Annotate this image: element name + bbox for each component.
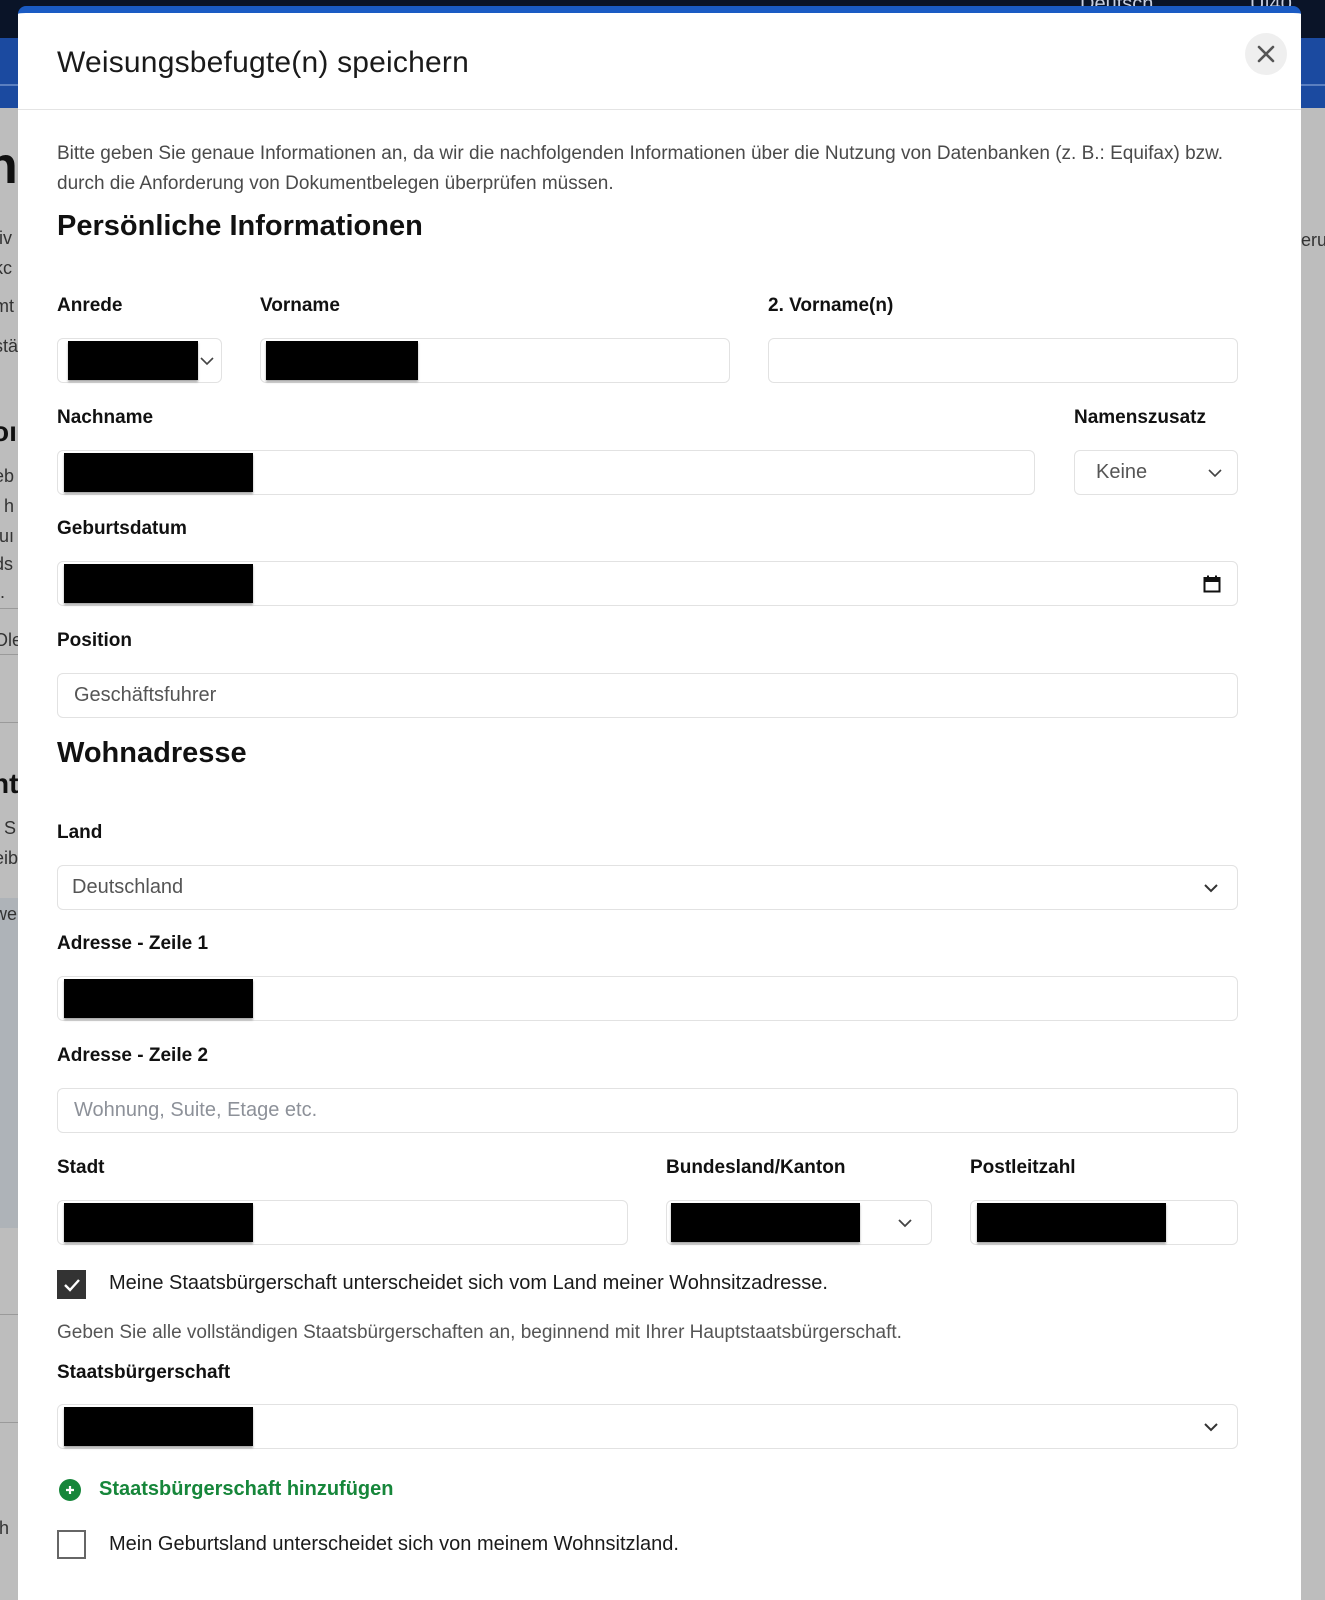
citizenship-differs-checkbox[interactable] (57, 1270, 86, 1299)
position-input[interactable]: Geschäftsfuhrer (57, 673, 1238, 718)
namenszusatz-value: Keine (1096, 461, 1147, 484)
add-citizenship-label: Staatsbürgerschaft hinzufügen (99, 1478, 393, 1501)
namenszusatz-select[interactable]: Keine (1074, 450, 1238, 495)
label-bundesland: Bundesland/Kanton (666, 1157, 845, 1179)
redacted-value (64, 979, 253, 1018)
chevron-down-icon (1203, 1422, 1219, 1432)
section-title-address: Wohnadresse (57, 737, 247, 770)
label-staatsbuergerschaft: Staatsbürgerschaft (57, 1362, 230, 1384)
adresse-zeile-2-input[interactable]: Wohnung, Suite, Etage etc. (57, 1088, 1238, 1133)
redacted-value (68, 341, 198, 380)
intro-text: Bitte geben Sie genaue Informationen an,… (57, 139, 1237, 199)
chevron-down-icon (897, 1218, 913, 1228)
modal-title: Weisungsbefugte(n) speichern (57, 46, 469, 80)
position-value: Geschäftsfuhrer (74, 684, 216, 707)
label-stadt: Stadt (57, 1157, 105, 1179)
background-page-left: n tiv kc mt stä oı eb h tuı ds ). Ole nt… (0, 108, 18, 1600)
background-page-right: eru (1301, 108, 1325, 1600)
anrede-select[interactable] (57, 338, 222, 383)
redacted-value (977, 1203, 1166, 1242)
close-icon (1257, 45, 1275, 63)
adresse-zeile-2-placeholder: Wohnung, Suite, Etage etc. (74, 1099, 317, 1122)
chevron-down-icon (1207, 468, 1223, 478)
label-position: Position (57, 630, 132, 652)
close-button[interactable] (1245, 33, 1287, 75)
nachname-input[interactable] (57, 450, 1035, 495)
redacted-value (671, 1203, 860, 1242)
plus-circle-icon (59, 1479, 81, 1501)
label-postleitzahl: Postleitzahl (970, 1157, 1076, 1179)
redacted-value (64, 1407, 253, 1446)
redacted-value (64, 1203, 253, 1242)
redacted-value (266, 341, 418, 380)
stadt-input[interactable] (57, 1200, 628, 1245)
geburtsdatum-input[interactable] (57, 561, 1238, 606)
adresse-zeile-1-input[interactable] (57, 976, 1238, 1021)
label-anrede: Anrede (57, 295, 122, 317)
redacted-value (64, 453, 253, 492)
staatsbuergerschaft-select[interactable] (57, 1404, 1238, 1449)
chevron-down-icon (1203, 883, 1219, 893)
label-land: Land (57, 822, 102, 844)
label-adresse-zeile-2: Adresse - Zeile 2 (57, 1045, 208, 1067)
label-nachname: Nachname (57, 407, 153, 429)
birth-country-differs-label[interactable]: Mein Geburtsland unterscheidet sich von … (109, 1533, 679, 1556)
citizenship-hint: Geben Sie alle vollständigen Staatsbürge… (57, 1322, 902, 1344)
land-select[interactable]: Deutschland (57, 865, 1238, 910)
bundesland-select[interactable] (666, 1200, 932, 1245)
label-zweiter-vorname: 2. Vorname(n) (768, 295, 893, 317)
save-authorized-person-modal: Weisungsbefugte(n) speichern Bitte geben… (18, 6, 1301, 1600)
label-adresse-zeile-1: Adresse - Zeile 1 (57, 933, 208, 955)
label-vorname: Vorname (260, 295, 340, 317)
calendar-icon[interactable] (1203, 575, 1221, 593)
citizenship-differs-label[interactable]: Meine Staatsbürgerschaft unterscheidet s… (109, 1272, 828, 1295)
label-namenszusatz: Namenszusatz (1074, 407, 1206, 429)
redacted-value (64, 564, 253, 603)
label-geburtsdatum: Geburtsdatum (57, 518, 187, 540)
vorname-input[interactable] (260, 338, 730, 383)
checkmark-icon (63, 1278, 81, 1292)
zweiter-vorname-input[interactable] (768, 338, 1238, 383)
add-citizenship-link[interactable]: Staatsbürgerschaft hinzufügen (59, 1478, 393, 1501)
chevron-down-icon (199, 356, 215, 366)
modal-header: Weisungsbefugte(n) speichern (18, 13, 1301, 110)
section-title-personal: Persönliche Informationen (57, 210, 423, 243)
birth-country-differs-checkbox[interactable] (57, 1530, 86, 1559)
land-value: Deutschland (72, 876, 183, 899)
postleitzahl-input[interactable] (970, 1200, 1238, 1245)
